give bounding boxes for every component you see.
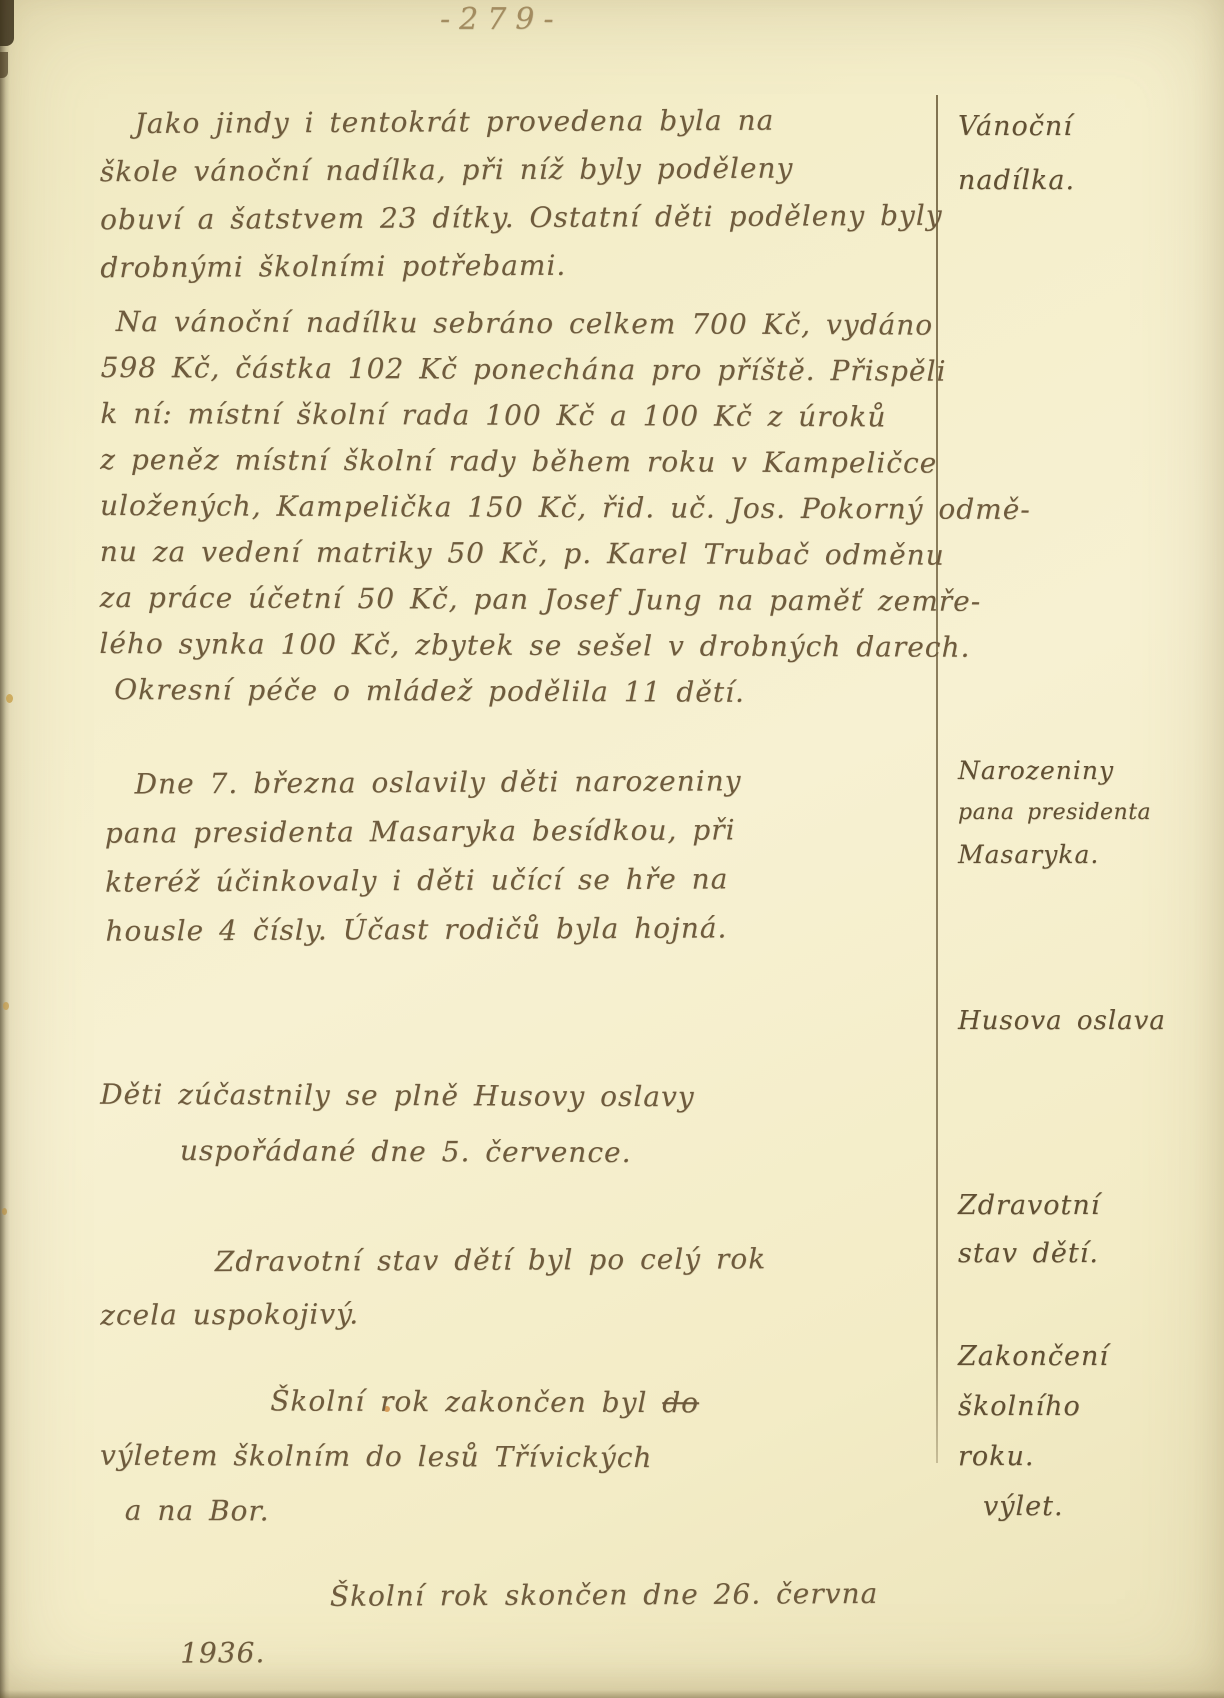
text-line: nu za vedení matriky 50 Kč, p. Karel Tru…	[100, 529, 1031, 579]
paragraph-school-year-close-date: Školní rok skončen dne 26. června 1936.	[100, 1566, 879, 1682]
text-line: kteréž účinkovaly i děti učící se hře na	[105, 854, 742, 906]
paragraph-hus-celebration: Děti zúčastnily se plně Husovy oslavy us…	[100, 1067, 695, 1182]
text-line: housle 4 čísly. Účast rodičů byla hojná.	[105, 903, 742, 955]
text-line: škole vánoční nadílka, při níž byly podě…	[100, 144, 943, 196]
paragraph-president-birthday: Dne 7. března oslavily děti narozeniny p…	[104, 756, 742, 955]
text-line: za práce účetní 50 Kč, pan Josef Jung na…	[100, 575, 1031, 625]
text-line: výletem školním do lesů Třívických	[100, 1428, 699, 1486]
text-line: Děti zúčastnily se plně Husovy oslavy	[100, 1067, 695, 1126]
text-line: obuví a šatstvem 23 dítky. Ostatní děti …	[100, 192, 943, 244]
margin-note-line: stav dětí.	[958, 1230, 1100, 1278]
text-line: zcela uspokojivý.	[100, 1285, 767, 1341]
margin-note-line: Narozeniny	[958, 750, 1151, 792]
text-line: Na vánoční nadílku sebráno celkem 700 Kč…	[101, 299, 1032, 349]
text-line: 1936.	[100, 1622, 879, 1682]
paragraph-health-status: Zdravotní stav dětí byl po celý rok zcel…	[100, 1232, 767, 1341]
margin-note-zdravotni-stav: Zdravotní stav dětí.	[958, 1182, 1100, 1278]
paragraph-christmas-gift: Jako jindy i tentokrát provedena byla na…	[100, 96, 943, 292]
margin-note-line: Masaryka.	[958, 834, 1151, 876]
margin-note-vanocni-nadilka: Vánoční nadílka.	[958, 100, 1075, 208]
binding-mark	[0, 0, 14, 46]
text-line: Zdravotní stav dětí byl po celý rok	[100, 1232, 767, 1288]
paper-speck	[2, 1208, 7, 1215]
text-line: uspořádané dne 5. července.	[100, 1123, 695, 1182]
text-line: Školní rok zakončen byl do	[100, 1373, 699, 1431]
margin-note-line: Zdravotní	[958, 1182, 1100, 1230]
margin-note-line: Zakončení	[958, 1332, 1109, 1382]
text-line: k ní: místní školní rada 100 Kč a 100 Kč…	[100, 391, 1031, 441]
paragraph-christmas-gift-funds: Na vánoční nadílku sebráno celkem 700 Kč…	[99, 299, 1032, 717]
paragraph-school-year-end: Školní rok zakončen byl do výletem školn…	[100, 1373, 700, 1541]
binding-mark	[0, 52, 8, 78]
paper-speck	[3, 1002, 9, 1010]
margin-note-line: roku.	[958, 1432, 1109, 1482]
text-line: uložených, Kampelička 150 Kč, řid. uč. J…	[100, 483, 1031, 533]
margin-note-narozeniny-masaryka: Narozeniny pana presidenta Masaryka.	[958, 750, 1151, 876]
margin-note-zakonceni-roku: Zakončení školního roku. výlet.	[958, 1332, 1109, 1532]
text-line: pana presidenta Masaryka besídkou, při	[105, 805, 742, 857]
margin-note-line: Husova oslava	[958, 1006, 1166, 1036]
margin-note-line: nadílka.	[958, 154, 1075, 208]
text-line: Dne 7. března oslavily děti narozeniny	[104, 756, 741, 808]
margin-note-husova-oslava: Husova oslava	[958, 1006, 1166, 1036]
page-bottom-edge	[0, 1690, 1224, 1698]
text-line: 598 Kč, částka 102 Kč ponechána pro příš…	[101, 345, 1032, 395]
margin-rule-line	[936, 95, 938, 1463]
paper-speck	[6, 694, 13, 703]
struck-word: do	[662, 1386, 699, 1419]
text-line: lého synka 100 Kč, zbytek se sešel v dro…	[99, 621, 1030, 671]
text-line: drobnými školními potřebami.	[100, 240, 943, 292]
margin-note-line: Vánoční	[958, 100, 1075, 154]
text-line: a na Bor.	[100, 1483, 699, 1541]
text-line: Školní rok skončen dne 26. června	[100, 1566, 879, 1626]
text-line: Okresní péče o mládež podělila 11 dětí.	[99, 667, 1030, 717]
margin-note-line: školního	[958, 1382, 1109, 1432]
page-left-edge	[0, 0, 10, 1698]
text-line: z peněz místní školní rady během roku v …	[100, 437, 1031, 487]
margin-note-line: pana presidenta	[958, 792, 1151, 834]
text-line: Jako jindy i tentokrát provedena byla na	[100, 96, 943, 148]
margin-note-line: výlet.	[958, 1482, 1109, 1532]
page-number: -279-	[440, 2, 563, 37]
